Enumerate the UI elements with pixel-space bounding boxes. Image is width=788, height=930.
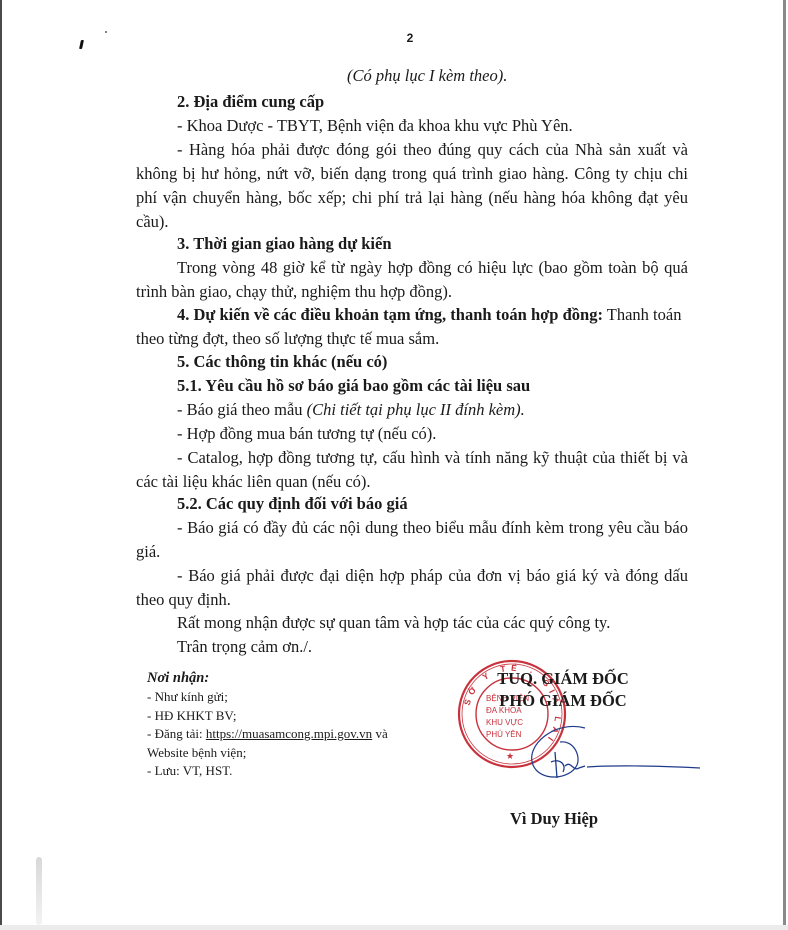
section-5-2-item-1-line-1: - Báo giá có đầy đủ các nội dung theo bi… — [177, 516, 688, 540]
viewer-scrollbar[interactable] — [783, 0, 786, 925]
section-3-paragraph-line-1: Trong vòng 48 giờ kể từ ngày hợp đồng có… — [177, 256, 688, 280]
section-2-heading: 2. Địa điểm cung cấp — [177, 90, 688, 114]
section-5-heading: 5. Các thông tin khác (nếu có) — [177, 350, 688, 374]
viewer-left-edge — [0, 0, 2, 930]
section-5-2-item-1-line-2: giá. — [136, 540, 688, 564]
svg-text:★: ★ — [506, 752, 514, 762]
recipient-item: - HĐ KHKT BV; — [147, 707, 388, 726]
recipient-item-prefix: - Đăng tải: — [147, 726, 206, 741]
section-3-heading: 3. Thời gian giao hàng dự kiến — [177, 232, 688, 256]
section-3-paragraph-line-2: trình bàn giao, chạy thử, nghiệm thu hợp… — [136, 280, 688, 304]
section-2-paragraph-2-line-3: phí vận chuyển hàng, bốc xếp; chi phí tr… — [136, 186, 688, 210]
section-5-1-item-3-line-1: - Catalog, hợp đồng tương tự, cấu hình v… — [177, 446, 688, 470]
section-4-text: Thanh toán — [603, 305, 682, 324]
scan-artifact-smudge — [36, 857, 42, 925]
recipients-block: Nơi nhận: - Như kính gửi; - HĐ KHKT BV; … — [147, 668, 388, 781]
muasamcong-link[interactable]: https://muasamcong.mpi.gov.vn — [206, 726, 372, 741]
recipients-title: Nơi nhận: — [147, 668, 388, 688]
section-5-1-heading: 5.1. Yêu cầu hồ sơ báo giá bao gồm các t… — [177, 374, 688, 398]
recipient-item: - Như kính gửi; — [147, 688, 388, 707]
appendix-note: (Có phụ lục I kèm theo). — [347, 64, 788, 88]
section-2-paragraph-2-line-2: không bị hư hỏng, nứt vỡ, biến dạng tron… — [136, 162, 688, 186]
viewer-bottom-edge — [0, 925, 788, 930]
section-5-1-item-3-line-2: các tài liệu khác liên quan (nếu có). — [136, 470, 688, 494]
section-5-1-item-1-note: (Chi tiết tại phụ lục II đính kèm). — [307, 400, 525, 419]
section-2-paragraph-2-line-4: cầu). — [136, 210, 688, 234]
handwritten-signature-icon — [515, 720, 715, 790]
section-2-paragraph-1: - Khoa Dược - TBYT, Bệnh viện đa khoa kh… — [177, 114, 688, 138]
section-5-2-item-2-line-2: theo quy định. — [136, 588, 688, 612]
signature-title-2: PHÓ GIÁM ĐỐC — [478, 690, 648, 712]
section-4-heading: 4. Dự kiến về các điều khoản tạm ứng, th… — [177, 305, 603, 324]
section-4-line-1: 4. Dự kiến về các điều khoản tạm ứng, th… — [177, 303, 688, 327]
recipient-item-continued: Website bệnh viện; — [147, 744, 388, 763]
section-4-line-2: theo từng đợt, theo số lượng thực tế mua… — [136, 327, 688, 351]
section-5-1-item-1: - Báo giá theo mẫu (Chi tiết tại phụ lục… — [177, 398, 688, 422]
recipient-item-suffix: và — [372, 726, 388, 741]
signer-name: Vì Duy Hiệp — [510, 809, 598, 829]
section-5-2-heading: 5.2. Các quy định đối với báo giá — [177, 492, 688, 516]
signature-title-1: TUQ. GIÁM ĐỐC — [478, 668, 648, 690]
recipient-item: - Đăng tải: https://muasamcong.mpi.gov.v… — [147, 725, 388, 744]
section-2-paragraph-2-line-1: - Hàng hóa phải được đóng gói theo đúng … — [177, 138, 688, 162]
page-number: 2 — [0, 31, 788, 45]
closing-line-2: Trân trọng cảm ơn./. — [177, 635, 688, 659]
section-5-2-item-2-line-1: - Báo giá phải được đại diện hợp pháp củ… — [177, 564, 688, 588]
recipient-item: - Lưu: VT, HST. — [147, 762, 388, 781]
closing-line-1: Rất mong nhận được sự quan tâm và hợp tá… — [177, 611, 688, 635]
section-5-1-item-1-text: - Báo giá theo mẫu — [177, 400, 307, 419]
section-5-1-item-2: - Hợp đồng mua bán tương tự (nếu có). — [177, 422, 688, 446]
